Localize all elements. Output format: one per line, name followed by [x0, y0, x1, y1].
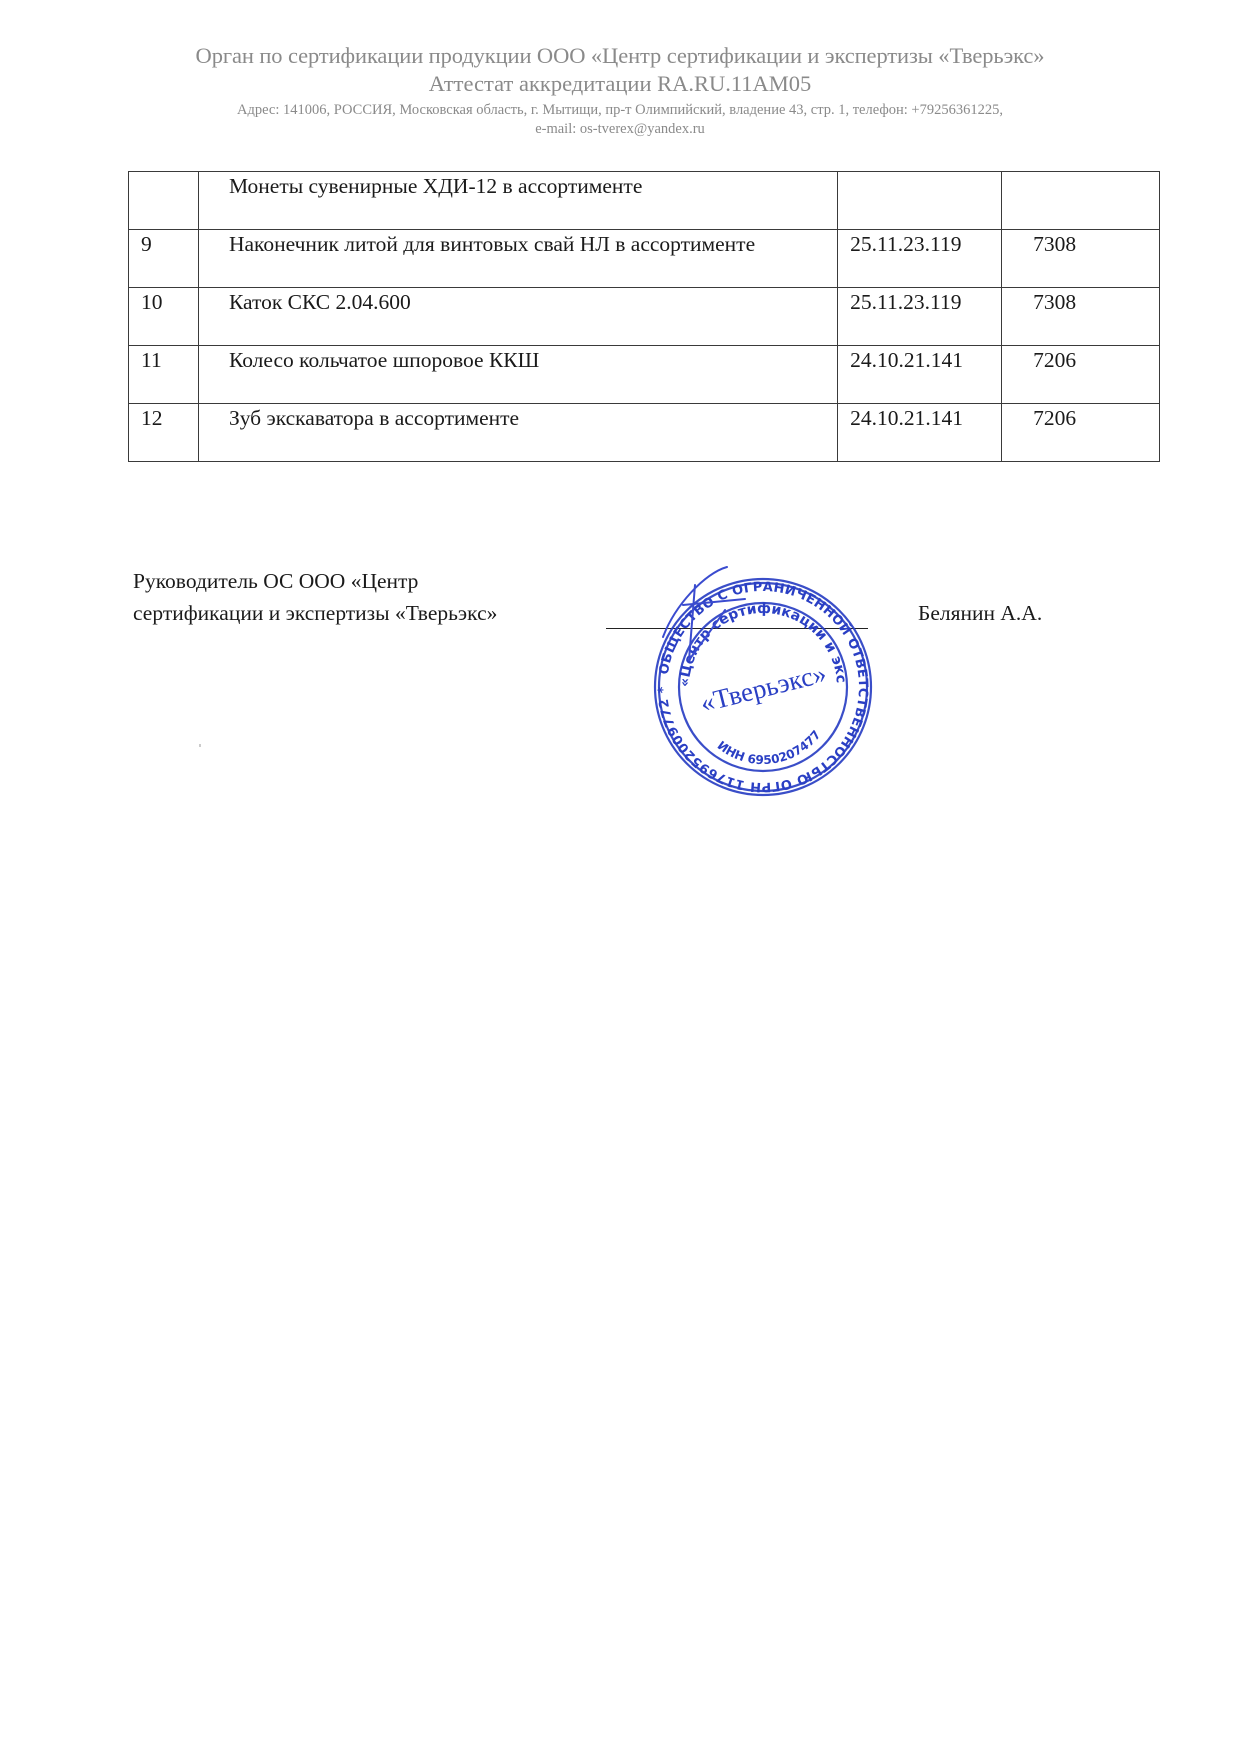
org-title: Орган по сертификации продукции ООО «Цен… [0, 42, 1240, 70]
row-number: 10 [129, 288, 199, 346]
table-row: 9Наконечник литой для винтовых свай НЛ в… [129, 230, 1160, 288]
row-number: 9 [129, 230, 199, 288]
signer-position-line2: сертификации и экспертизы «Тверьэкс» [133, 597, 497, 629]
product-name: Наконечник литой для винтовых свай НЛ в … [198, 230, 837, 288]
handwritten-signature-icon [655, 565, 755, 675]
table-row: 12Зуб экскаватора в ассортименте24.10.21… [129, 404, 1160, 462]
tnved-code: 7206 [1002, 404, 1160, 462]
address-line: Адрес: 141006, РОССИЯ, Московская област… [0, 101, 1240, 120]
product-name: Колесо кольчатое шпоровое ККШ [198, 346, 837, 404]
stamp-inn-text: ИНН 6950207477 [715, 728, 824, 768]
tnved-code: 7308 [1002, 230, 1160, 288]
document-header: Орган по сертификации продукции ООО «Цен… [0, 42, 1240, 139]
product-name: Каток СКС 2.04.600 [198, 288, 837, 346]
svg-text:ИНН 6950207477: ИНН 6950207477 [715, 728, 824, 768]
okpd2-code: 24.10.21.141 [838, 346, 1002, 404]
tnved-code: 7206 [1002, 346, 1160, 404]
signer-position-line1: Руководитель ОС ООО «Центр [133, 565, 497, 597]
signer-name: Белянин А.А. [918, 597, 1042, 629]
table-row: Монеты сувенирные ХДИ-12 в ассортименте [129, 172, 1160, 230]
accreditation-line: Аттестат аккредитации RA.RU.11АМ05 [0, 70, 1240, 97]
row-number [129, 172, 199, 230]
products-table: Монеты сувенирные ХДИ-12 в ассортименте9… [128, 171, 1160, 462]
signer-position: Руководитель ОС ООО «Центр сертификации … [133, 565, 497, 629]
table-row: 10Каток СКС 2.04.60025.11.23.1197308 [129, 288, 1160, 346]
product-name: Монеты сувенирные ХДИ-12 в ассортименте [198, 172, 837, 230]
okpd2-code: 25.11.23.119 [838, 288, 1002, 346]
okpd2-code: 24.10.21.141 [838, 404, 1002, 462]
product-name: Зуб экскаватора в ассортименте [198, 404, 837, 462]
okpd2-code: 25.11.23.119 [838, 230, 1002, 288]
email-line: e-mail: os-tverex@yandex.ru [0, 120, 1240, 139]
tnved-code: 7308 [1002, 288, 1160, 346]
scan-speck [199, 744, 201, 747]
okpd2-code [838, 172, 1002, 230]
row-number: 12 [129, 404, 199, 462]
row-number: 11 [129, 346, 199, 404]
tnved-code [1002, 172, 1160, 230]
table-row: 11Колесо кольчатое шпоровое ККШ24.10.21.… [129, 346, 1160, 404]
